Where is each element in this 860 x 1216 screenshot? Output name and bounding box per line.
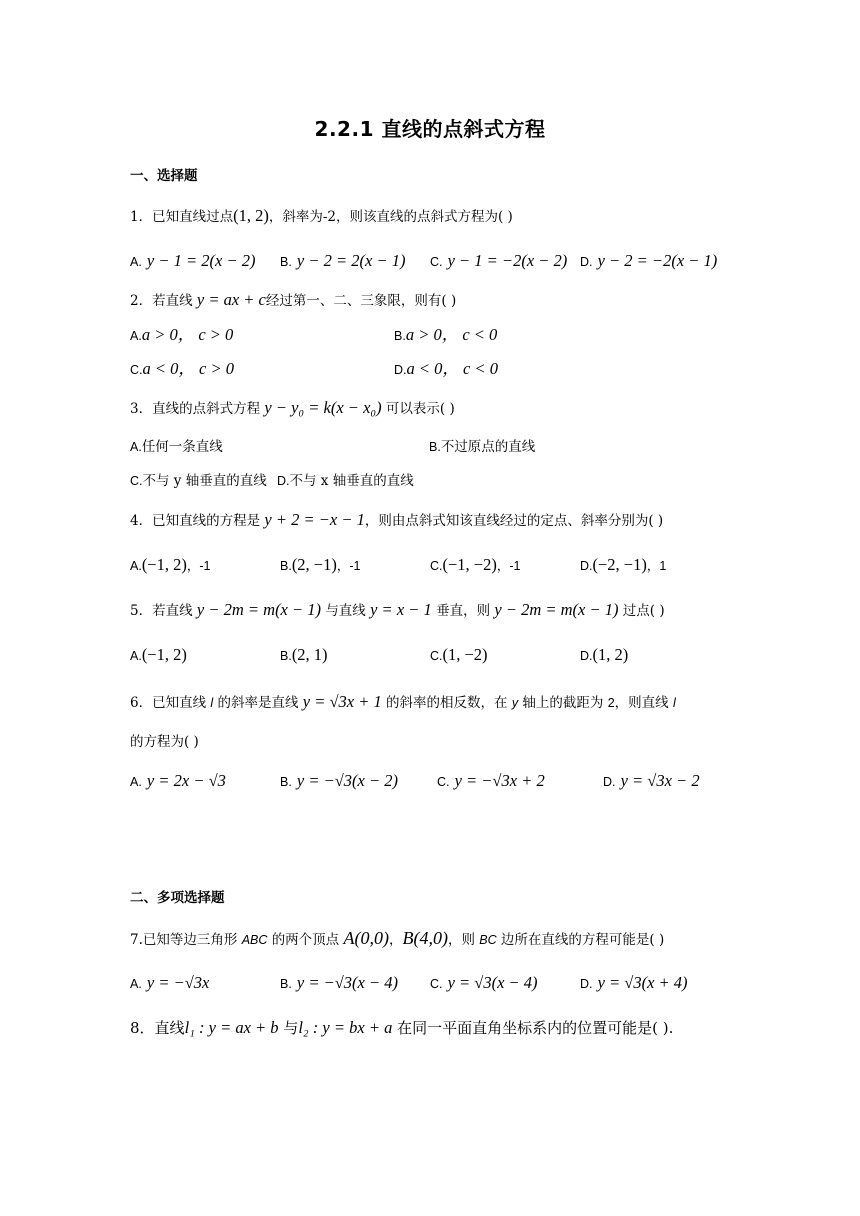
question-text: 垂直，则 bbox=[436, 603, 490, 619]
option-value: y − 2 = −2(x − 1) bbox=[598, 251, 718, 270]
option-value: a < 0， c < 0 bbox=[407, 359, 498, 378]
document-page: 2.2.1 直线的点斜式方程 一、选择题 1．已知直线过点(1, 2)，斜率为-… bbox=[0, 0, 860, 1216]
option-d[interactable]: D.不与 x 轴垂直的直线 bbox=[277, 471, 414, 491]
option-label: A. bbox=[130, 977, 142, 991]
page-title: 2.2.1 直线的点斜式方程 bbox=[0, 113, 860, 142]
question-text: ，则 bbox=[448, 932, 475, 948]
option-value: y = −√3x bbox=[147, 973, 209, 992]
option-label: B. bbox=[394, 329, 406, 343]
option-label: B. bbox=[280, 255, 292, 269]
question-number: 8． bbox=[130, 1019, 155, 1037]
section-heading-single-choice: 一、选择题 bbox=[130, 164, 198, 184]
option-label: A. bbox=[130, 649, 142, 663]
math-variable: ABC bbox=[242, 933, 268, 947]
option-value: (2, 1) bbox=[292, 645, 328, 664]
option-label: D. bbox=[394, 363, 407, 377]
math-expression: y = ax + c bbox=[197, 290, 266, 309]
option-b[interactable]: B.a > 0， c < 0 bbox=[394, 325, 497, 346]
option-point: (−1, −2) bbox=[443, 555, 497, 574]
question-text: 若直线 bbox=[152, 603, 193, 619]
question-text: ， bbox=[389, 932, 403, 948]
question-text: 在同一平面直角坐标系内的位置可能是( ). bbox=[397, 1019, 673, 1037]
option-label: B. bbox=[280, 775, 292, 789]
question-text: 经过第一、二、三象限，则有( ) bbox=[266, 293, 456, 309]
option-c[interactable]: C. y = −√3x + 2 bbox=[437, 771, 545, 792]
math-expression: y + 2 = −x − 1 bbox=[264, 510, 364, 529]
option-point: (−1, 2) bbox=[142, 555, 187, 574]
option-value: a > 0， c < 0 bbox=[406, 325, 497, 344]
question-4: 4．已知直线的方程是 y + 2 = −x − 1，则由点斜式知该直线经过的定点… bbox=[130, 510, 663, 531]
option-c[interactable]: C.a < 0， c > 0 bbox=[130, 359, 234, 380]
option-c[interactable]: C. y − 1 = −2(x − 2) bbox=[430, 251, 567, 272]
question-text: 边所在直线的方程可能是( ) bbox=[501, 932, 664, 948]
question-1: 1．已知直线过点(1, 2)，斜率为-2，则该直线的点斜式方程为( ) bbox=[130, 206, 513, 227]
question-text: 可以表示( ) bbox=[386, 401, 455, 417]
option-a[interactable]: A.任何一条直线 bbox=[130, 437, 223, 457]
math-variable: l bbox=[673, 696, 676, 710]
question-number: 7. bbox=[130, 932, 143, 948]
option-value: y = −√3(x − 4) bbox=[297, 973, 398, 992]
option-label: B. bbox=[280, 649, 292, 663]
option-value: y = −√3x + 2 bbox=[455, 771, 545, 790]
option-label: C. bbox=[130, 474, 143, 488]
option-slope: ，-1 bbox=[337, 559, 361, 573]
question-number: 4． bbox=[130, 513, 152, 529]
math-expression: y − 2m = m(x − 1) bbox=[494, 600, 618, 619]
option-value: y = −√3(x − 2) bbox=[297, 771, 398, 790]
math-expression: y − 2m = m(x − 1) bbox=[197, 600, 321, 619]
question-3: 3．直线的点斜式方程 y − y₀ = k(x − x₀) 可以表示( ) bbox=[130, 398, 455, 419]
math-number: 2 bbox=[608, 696, 615, 710]
option-a[interactable]: A.(−1, 2) bbox=[130, 645, 187, 666]
option-label: D. bbox=[580, 559, 593, 573]
math-variable: l bbox=[210, 696, 213, 710]
option-label: C. bbox=[430, 255, 443, 269]
option-slope: ，1 bbox=[647, 559, 666, 573]
question-text: 的两个顶点 bbox=[272, 932, 340, 948]
question-text: 轴上的截距为 bbox=[522, 695, 603, 711]
option-b[interactable]: B. y = −√3(x − 4) bbox=[280, 973, 398, 994]
option-value: (1, 2) bbox=[593, 645, 629, 664]
option-label: A. bbox=[130, 775, 142, 789]
question-text: ，则直线 bbox=[615, 695, 669, 711]
option-value: y − 1 = 2(x − 2) bbox=[147, 251, 256, 270]
option-label: C. bbox=[430, 559, 443, 573]
question-text: 与 bbox=[283, 1019, 298, 1037]
option-label: D. bbox=[580, 977, 593, 991]
option-d[interactable]: D.(−2, −1)，1 bbox=[580, 555, 666, 576]
option-value: y = √3x − 2 bbox=[621, 771, 700, 790]
option-c[interactable]: C.(1, −2) bbox=[430, 645, 488, 666]
question-8: 8．直线l₁ : y = ax + b 与l₂ : y = bx + a 在同一… bbox=[130, 1018, 673, 1038]
option-label: B. bbox=[280, 977, 292, 991]
option-d[interactable]: D.(1, 2) bbox=[580, 645, 628, 666]
option-value: 不与 x 轴垂直的直线 bbox=[290, 473, 414, 489]
option-value: a < 0， c > 0 bbox=[143, 359, 234, 378]
option-label: D. bbox=[603, 775, 616, 789]
option-label: A. bbox=[130, 255, 142, 269]
question-text: 已知直线 bbox=[152, 695, 206, 711]
option-d[interactable]: D. y − 2 = −2(x − 1) bbox=[580, 251, 717, 272]
option-point: (2, −1) bbox=[292, 555, 337, 574]
option-value: 不与 y 轴垂直的直线 bbox=[143, 473, 267, 489]
question-text: 的斜率是直线 bbox=[217, 695, 298, 711]
math-expression: l₂ : y = bx + a bbox=[298, 1018, 392, 1037]
option-label: C. bbox=[130, 363, 143, 377]
option-value: y − 1 = −2(x − 2) bbox=[448, 251, 568, 270]
option-value: y = √3(x − 4) bbox=[448, 973, 538, 992]
question-text: 与直线 bbox=[325, 603, 366, 619]
math-expression: y = x − 1 bbox=[370, 600, 432, 619]
option-a[interactable]: A. y = 2x − √3 bbox=[130, 771, 226, 792]
option-label: A. bbox=[130, 559, 142, 573]
math-expression: y − y₀ = k(x − x₀) bbox=[264, 398, 381, 417]
option-value: 不过原点的直线 bbox=[441, 439, 536, 455]
option-slope: ，-1 bbox=[497, 559, 521, 573]
question-number: 5． bbox=[130, 603, 152, 619]
option-a[interactable]: A.(−1, 2)，-1 bbox=[130, 555, 210, 576]
math-variable: y bbox=[512, 696, 518, 710]
option-label: B. bbox=[429, 440, 441, 454]
option-c[interactable]: C.不与 y 轴垂直的直线 bbox=[130, 471, 267, 491]
option-b[interactable]: B.(2, 1) bbox=[280, 645, 328, 666]
option-d[interactable]: D. y = √3(x + 4) bbox=[580, 973, 688, 994]
question-text: 直线的点斜式方程 bbox=[152, 401, 260, 417]
option-a[interactable]: A. y = −√3x bbox=[130, 973, 209, 994]
option-value: (1, −2) bbox=[443, 645, 488, 664]
question-text: 若直线 bbox=[152, 293, 193, 309]
option-point: (−2, −1) bbox=[593, 555, 647, 574]
math-expression: y = √3x + 1 bbox=[303, 692, 382, 711]
math-expression: l₁ : y = ax + b bbox=[185, 1018, 279, 1037]
option-d[interactable]: D. y = √3x − 2 bbox=[603, 771, 700, 792]
question-number: 2． bbox=[130, 293, 152, 309]
question-5: 5．若直线 y − 2m = m(x − 1) 与直线 y = x − 1 垂直… bbox=[130, 600, 665, 621]
question-text: 已知直线过点 bbox=[152, 209, 233, 225]
question-text: 的斜率的相反数，在 bbox=[386, 695, 508, 711]
option-value: (−1, 2) bbox=[142, 645, 187, 664]
question-7: 7.已知等边三角形 ABC 的两个顶点 A(0,0)，B(4,0)，则 BC 边… bbox=[130, 928, 664, 950]
question-6: 6．已知直线 l 的斜率是直线 y = √3x + 1 的斜率的相反数，在 y … bbox=[130, 692, 676, 713]
option-c[interactable]: C.(−1, −2)，-1 bbox=[430, 555, 520, 576]
question-number: 6． bbox=[130, 695, 152, 711]
option-c[interactable]: C. y = √3(x − 4) bbox=[430, 973, 538, 994]
math-expression: A(0,0) bbox=[343, 928, 388, 948]
option-label: D. bbox=[580, 649, 593, 663]
math-expression: B(4,0) bbox=[402, 928, 447, 948]
option-label: D. bbox=[580, 255, 593, 269]
option-value: y − 2 = 2(x − 1) bbox=[297, 251, 406, 270]
question-text: 已知等边三角形 bbox=[143, 932, 238, 948]
option-b[interactable]: B. y = −√3(x − 2) bbox=[280, 771, 398, 792]
option-a[interactable]: A. y − 1 = 2(x − 2) bbox=[130, 251, 255, 272]
question-text: ，则由点斜式知该直线经过的定点、斜率分别为( ) bbox=[365, 513, 663, 529]
option-label: C. bbox=[430, 977, 443, 991]
question-text: 直线 bbox=[155, 1019, 185, 1037]
option-b[interactable]: B. y − 2 = 2(x − 1) bbox=[280, 251, 405, 272]
math-expression: (1, 2) bbox=[233, 206, 269, 225]
option-label: C. bbox=[430, 649, 443, 663]
question-text: 过点( ) bbox=[623, 603, 665, 619]
question-number: 3． bbox=[130, 401, 152, 417]
option-b[interactable]: B.不过原点的直线 bbox=[429, 437, 535, 457]
option-value: 任何一条直线 bbox=[142, 439, 223, 455]
option-value: y = 2x − √3 bbox=[147, 771, 226, 790]
question-text: 已知直线的方程是 bbox=[152, 513, 260, 529]
question-number: 1． bbox=[130, 209, 152, 225]
option-label: B. bbox=[280, 559, 292, 573]
option-label: A. bbox=[130, 440, 142, 454]
math-variable: BC bbox=[479, 933, 496, 947]
option-a[interactable]: A.a > 0， c > 0 bbox=[130, 325, 233, 346]
option-label: D. bbox=[277, 474, 290, 488]
option-label: A. bbox=[130, 329, 142, 343]
question-2: 2．若直线 y = ax + c经过第一、二、三象限，则有( ) bbox=[130, 290, 456, 311]
question-6-continuation: 的方程为( ) bbox=[130, 732, 199, 752]
question-text: ，斜率为-2，则该直线的点斜式方程为( ) bbox=[269, 209, 513, 225]
section-heading-multiple-choice: 二、多项选择题 bbox=[130, 886, 225, 906]
option-value: y = √3(x + 4) bbox=[598, 973, 688, 992]
option-value: a > 0， c > 0 bbox=[142, 325, 233, 344]
option-slope: ，-1 bbox=[187, 559, 211, 573]
option-b[interactable]: B.(2, −1)，-1 bbox=[280, 555, 360, 576]
option-label: C. bbox=[437, 775, 450, 789]
option-d[interactable]: D.a < 0， c < 0 bbox=[394, 359, 498, 380]
